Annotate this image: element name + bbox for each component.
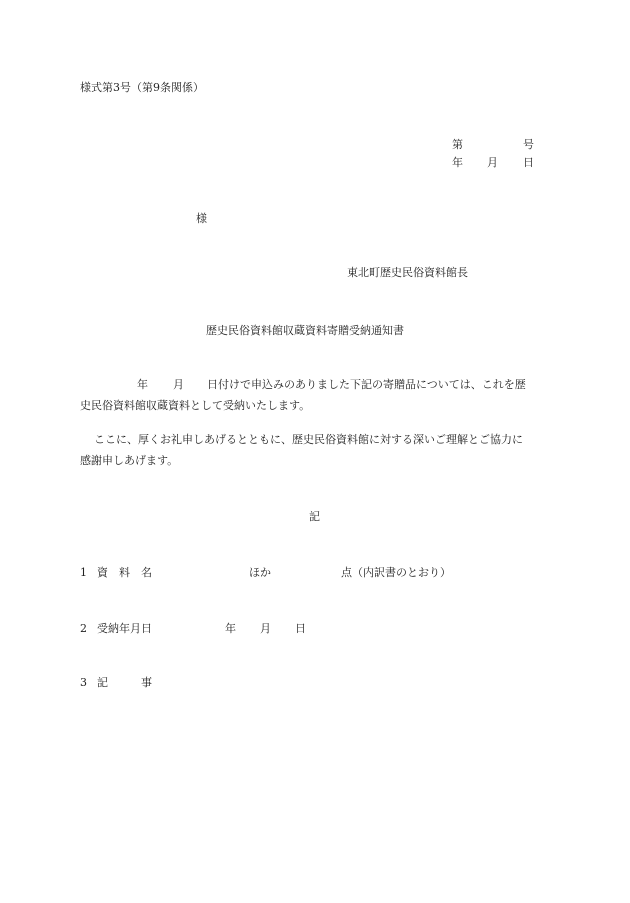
item-3-number: 3 [80,676,87,690]
date-month: 月 [487,156,498,170]
form-number: 様式第3号（第9条関係） [80,81,204,95]
date-year: 年 [452,156,463,170]
item-1-number: 1 [80,566,87,580]
para2-line2: 感謝申しあげます。 [80,454,178,468]
item-2-day: 日 [295,622,306,636]
para1-line1: 日付けで申込みのありました下記の寄贈品については、これを歴 [207,378,526,392]
doc-number-suffix: 号 [523,138,534,152]
recipient-honorific: 様 [196,212,207,226]
item-1-suffix: 点（内訳書のとおり） [341,566,451,580]
para1-year: 年 [137,378,148,392]
record-heading: 記 [309,510,320,524]
item-2-year: 年 [225,622,236,636]
item-3-label: 記 事 [97,676,152,690]
item-2-label: 受納年月日 [97,622,152,636]
sender-title: 東北町歴史民俗資料館長 [347,266,468,280]
doc-number-prefix: 第 [452,138,463,152]
para1-line2: 史民俗資料館収蔵資料として受納いたします。 [80,399,310,413]
item-1-label: 資 料 名 [97,566,152,580]
item-1-middle: ほか [249,566,271,580]
document-title: 歴史民俗資料館収蔵資料寄贈受納通知書 [206,324,404,338]
para2-line1: ここに、厚くお礼申しあげるとともに、歴史民俗資料館に対する深いご理解とご協力に [94,433,523,447]
item-2-number: 2 [80,622,87,636]
item-2-month: 月 [260,622,271,636]
para1-month: 月 [173,378,184,392]
date-day: 日 [523,156,534,170]
